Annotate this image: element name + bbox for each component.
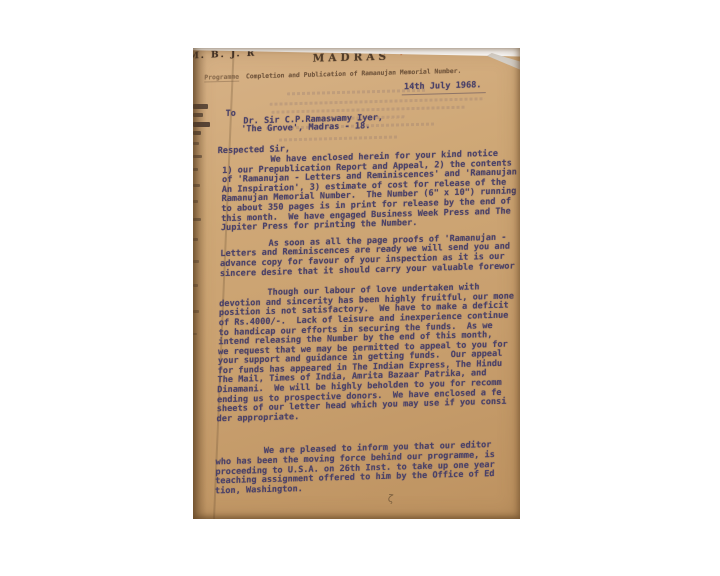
paper-fragment	[193, 184, 200, 187]
paper-fragment	[193, 238, 198, 241]
paragraph: We have enclosed herein for your kind no…	[221, 149, 520, 234]
paper-fragment	[193, 218, 201, 221]
subject-text: Completion and Publication of Ramanujan …	[246, 67, 462, 81]
paper-fragment	[193, 200, 198, 203]
letter-body: We have enclosed herein for your kind no…	[215, 149, 520, 497]
paper-fragment	[193, 131, 201, 135]
paper-fragment	[193, 260, 199, 263]
paper-fragment	[193, 333, 197, 335]
subject-line: ProgrammeCompletion and Publication of R…	[204, 67, 461, 82]
paper-fragment	[193, 155, 202, 158]
recipient-address: 'The Grove', Madras - 18.	[241, 122, 371, 135]
paragraph: As soon as all the page proofs of 'Raman…	[220, 232, 520, 279]
paper-fragment	[193, 284, 198, 287]
letter-photo: M. B. J. R MADRAS ✓ ProgrammeCompletion …	[193, 48, 520, 519]
pen-mark: ζ	[387, 494, 394, 505]
to-label: To	[225, 110, 236, 120]
paper-fragment	[193, 310, 199, 313]
page: M. B. J. R MADRAS ✓ ProgrammeCompletion …	[0, 0, 720, 576]
paper-fragment	[193, 104, 208, 109]
paper-fragment	[193, 113, 203, 117]
subject-label: Programme	[204, 73, 239, 83]
paragraph: We are pleased to inform you that our ed…	[215, 440, 520, 496]
paper-fragment	[193, 142, 199, 145]
ghost-text-line	[279, 135, 399, 141]
ghost-text-line	[270, 97, 485, 106]
paper-fragment	[193, 168, 198, 171]
paragraph: Though our labour of love undertaken wit…	[216, 282, 520, 425]
letter-sheet: M. B. J. R MADRAS ✓ ProgrammeCompletion …	[193, 48, 520, 519]
paper-fragment	[193, 122, 210, 127]
